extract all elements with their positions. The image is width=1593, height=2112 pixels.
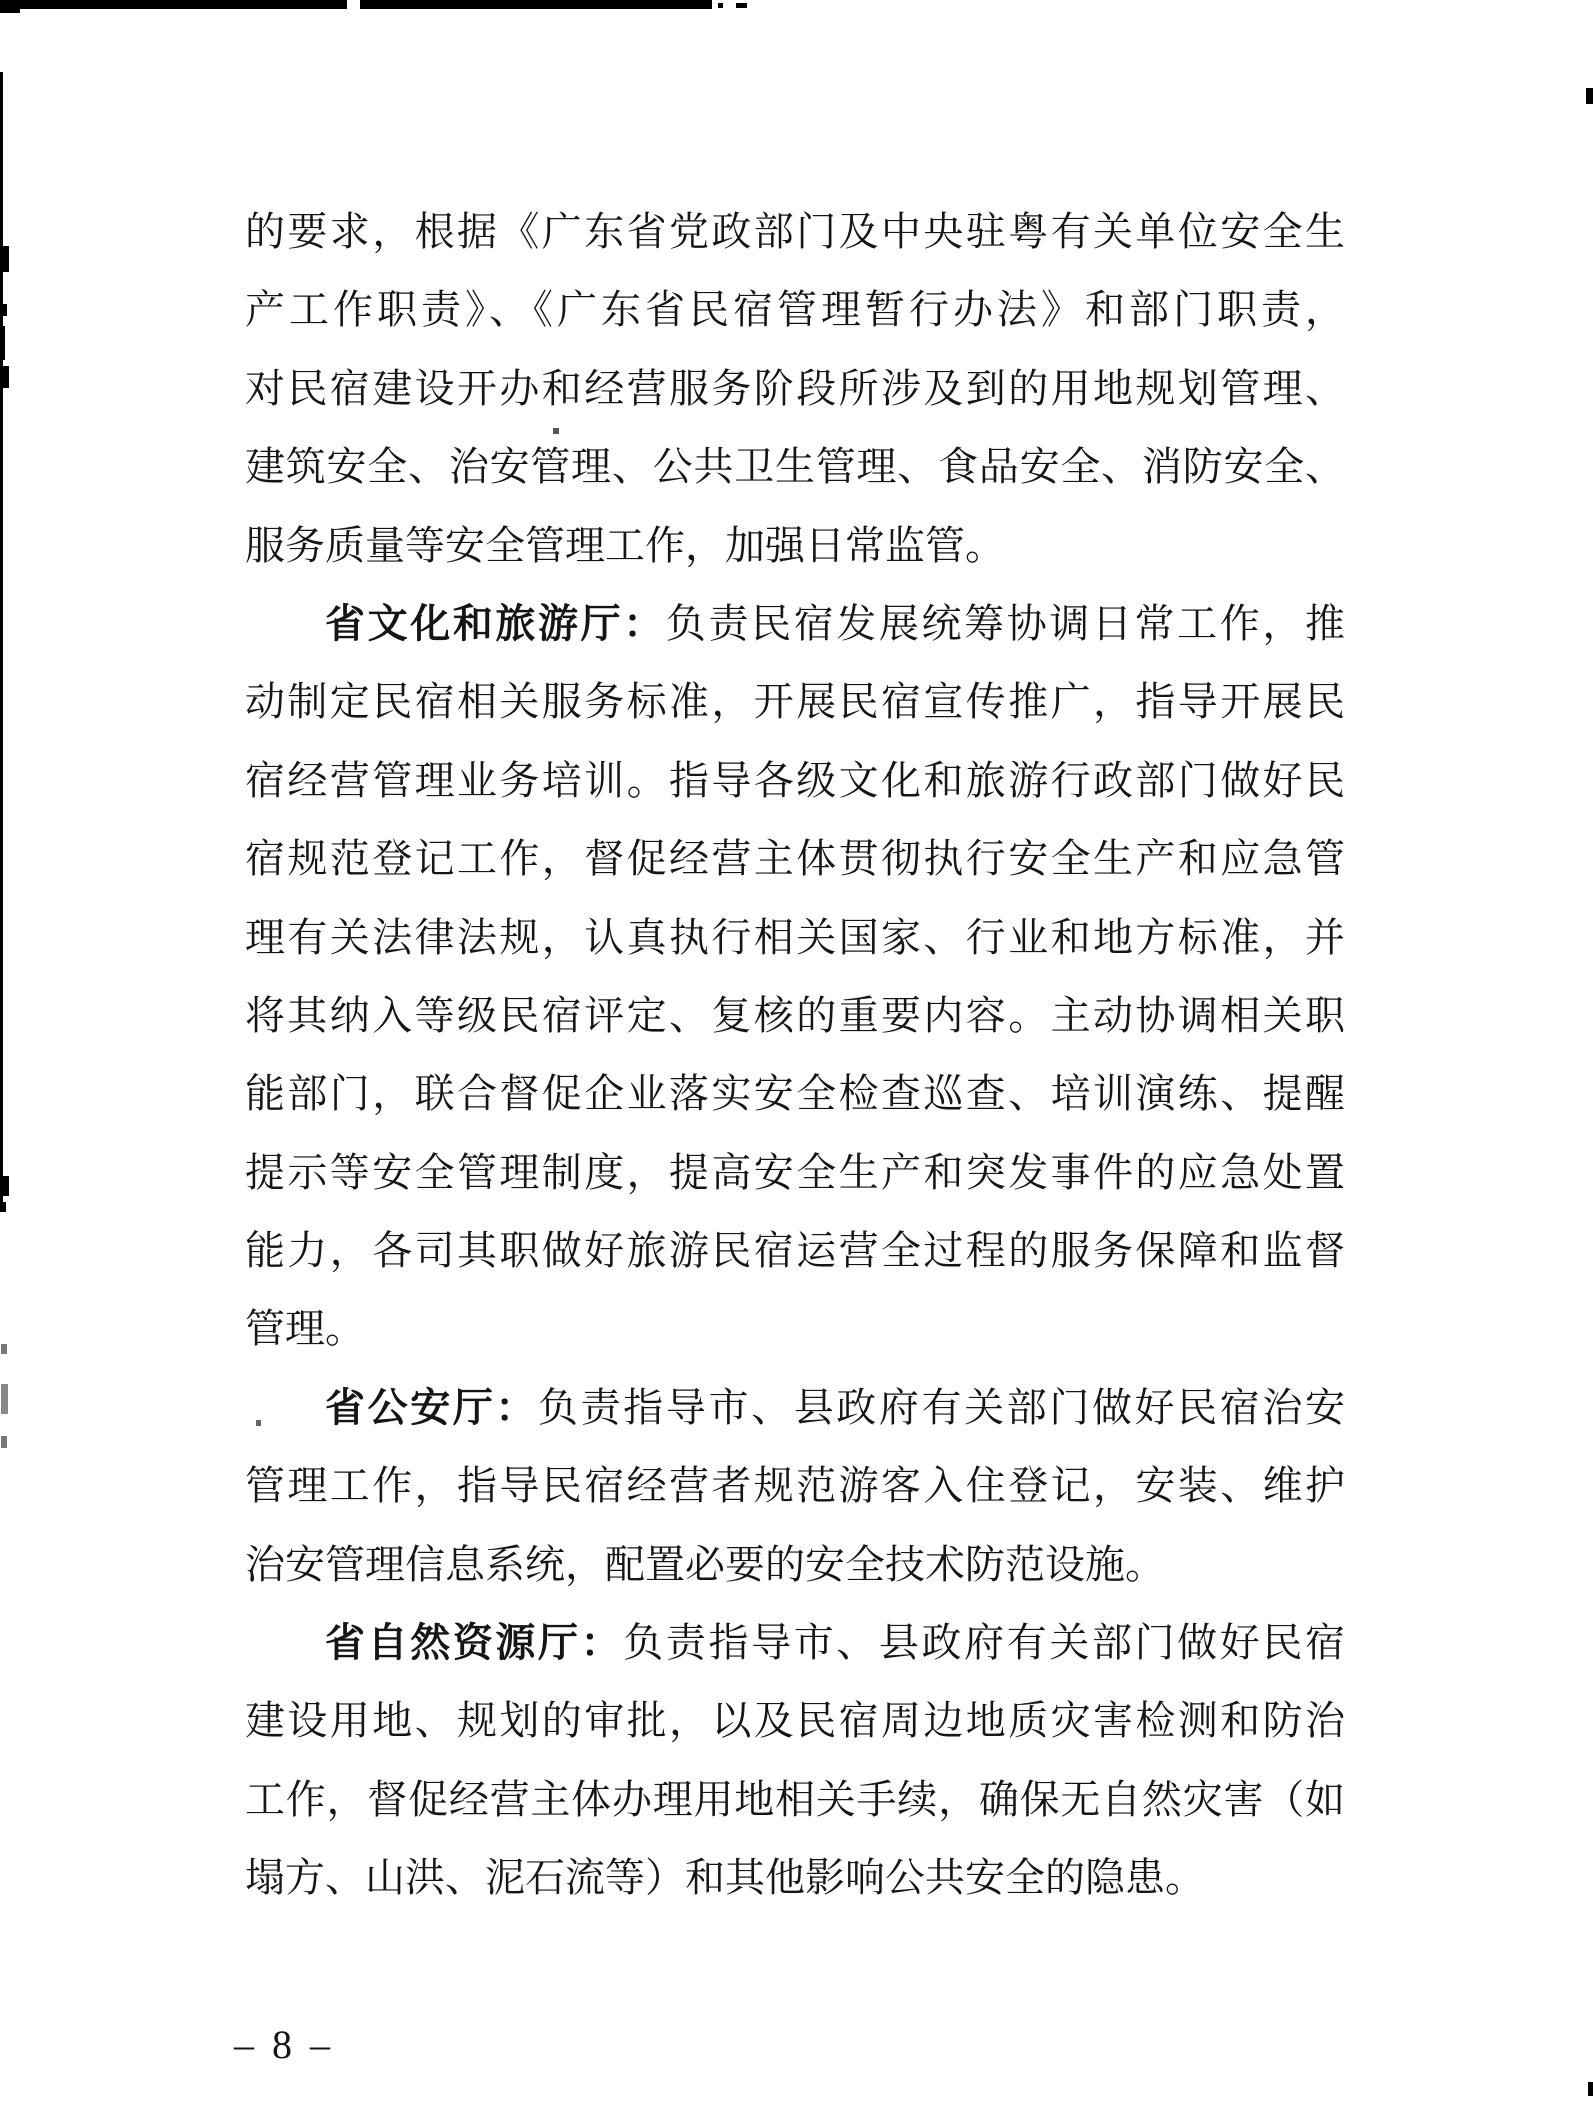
line-text: 塌方、山洪、泥石流等）和其他影响公共安全的隐患。 bbox=[245, 1855, 1205, 1900]
scan-artifact bbox=[256, 1420, 261, 1426]
text-line: 的要求，根据《广东省党政部门及中央驻粤有关单位安全生 bbox=[245, 193, 1345, 271]
text-line: 治安管理信息系统，配置必要的安全技术防范设施。 bbox=[245, 1526, 1345, 1604]
scan-artifact bbox=[0, 246, 9, 272]
text-line: 对民宿建设开办和经营服务阶段所涉及到的用地规划管理、 bbox=[245, 350, 1345, 428]
text-line: 工作，督促经营主体办理用地相关手续，确保无自然灾害（如 bbox=[245, 1761, 1345, 1839]
line-text: 能力，各司其职做好旅游民宿运营全过程的服务保障和监督 bbox=[245, 1228, 1345, 1273]
text-line: 省文化和旅游厅：负责民宿发展统筹协调日常工作，推 bbox=[245, 585, 1345, 663]
line-text: 产工作职责》、《广东省民宿管理暂行办法》和部门职责， bbox=[245, 287, 1345, 332]
text-line: 宿经营管理业务培训。指导各级文化和旅游行政部门做好民 bbox=[245, 742, 1345, 820]
scan-artifact bbox=[1, 1384, 8, 1414]
document-page: 的要求，根据《广东省党政部门及中央驻粤有关单位安全生 产工作职责》、《广东省民宿… bbox=[0, 0, 1593, 2112]
page-number: – 8 – bbox=[234, 2022, 334, 2068]
line-text: 宿规范登记工作，督促经营主体贯彻执行安全生产和应急管 bbox=[245, 836, 1345, 881]
text-line: 能力，各司其职做好旅游民宿运营全过程的服务保障和监督 bbox=[245, 1212, 1345, 1290]
line-text: 能部门，联合督促企业落实安全检查巡查、培训演练、提醒 bbox=[245, 1071, 1345, 1116]
text-line: 省公安厅：负责指导市、县政府有关部门做好民宿治安 bbox=[245, 1369, 1345, 1447]
scan-artifact bbox=[0, 1176, 9, 1196]
scan-artifact bbox=[553, 428, 559, 434]
text-line: 产工作职责》、《广东省民宿管理暂行办法》和部门职责， bbox=[245, 271, 1345, 349]
text-line: 管理工作，指导民宿经营者规范游客入住登记，安装、维护 bbox=[245, 1447, 1345, 1525]
text-line: 塌方、山洪、泥石流等）和其他影响公共安全的隐患。 bbox=[245, 1839, 1345, 1917]
scan-artifact bbox=[1, 1436, 7, 1448]
text-line: 能部门，联合督促企业落实安全检查巡查、培训演练、提醒 bbox=[245, 1055, 1345, 1133]
line-text: 管理工作，指导民宿经营者规范游客入住登记，安装、维护 bbox=[245, 1463, 1345, 1508]
line-text: 提示等安全管理制度，提高安全生产和突发事件的应急处置 bbox=[245, 1150, 1345, 1195]
text-block: 的要求，根据《广东省党政部门及中央驻粤有关单位安全生 产工作职责》、《广东省民宿… bbox=[245, 193, 1345, 1918]
line-text: 管理。 bbox=[245, 1306, 365, 1351]
line-text: 动制定民宿相关服务标准，开展民宿宣传推广，指导开展民 bbox=[245, 679, 1345, 724]
line-text: 建设用地、规划的审批，以及民宿周边地质灾害检测和防治 bbox=[245, 1698, 1345, 1743]
scan-artifact bbox=[1588, 2082, 1593, 2096]
line-text: 建筑安全、治安管理、公共卫生管理、食品安全、消防安全、 bbox=[245, 444, 1345, 489]
scan-artifact bbox=[0, 0, 20, 13]
text-line: 管理。 bbox=[245, 1290, 1345, 1368]
line-text: 负责指导市、县政府有关部门做好民宿 bbox=[623, 1620, 1345, 1665]
text-line: 服务质量等安全管理工作，加强日常监管。 bbox=[245, 507, 1345, 585]
line-text: 负责民宿发展统筹协调日常工作，推 bbox=[666, 601, 1345, 646]
text-line: 建筑安全、治安管理、公共卫生管理、食品安全、消防安全、 bbox=[245, 428, 1345, 506]
line-text: 对民宿建设开办和经营服务阶段所涉及到的用地规划管理、 bbox=[245, 366, 1345, 411]
line-text: 宿经营管理业务培训。指导各级文化和旅游行政部门做好民 bbox=[245, 758, 1345, 803]
scan-artifact bbox=[1586, 88, 1593, 104]
text-line: 将其纳入等级民宿评定、复核的重要内容。主动协调相关职 bbox=[245, 977, 1345, 1055]
line-text: 理有关法律法规，认真执行相关国家、行业和地方标准，并 bbox=[245, 915, 1345, 960]
scan-artifact bbox=[1, 1344, 7, 1354]
line-text: 服务质量等安全管理工作，加强日常监管。 bbox=[245, 523, 1005, 568]
scan-artifact bbox=[0, 366, 9, 388]
section-heading-public-security: 省公安厅： bbox=[325, 1386, 538, 1430]
scan-artifact bbox=[347, 0, 360, 9]
text-line: 提示等安全管理制度，提高安全生产和突发事件的应急处置 bbox=[245, 1134, 1345, 1212]
scan-artifact bbox=[0, 72, 3, 1212]
line-text: 将其纳入等级民宿评定、复核的重要内容。主动协调相关职 bbox=[245, 993, 1345, 1038]
scan-artifact bbox=[0, 1202, 6, 1212]
scan-artifact bbox=[0, 326, 5, 360]
section-heading-natural-resources: 省自然资源厅： bbox=[325, 1621, 623, 1665]
text-line: 省自然资源厅：负责指导市、县政府有关部门做好民宿 bbox=[245, 1604, 1345, 1682]
line-text: 负责指导市、县政府有关部门做好民宿治安 bbox=[538, 1385, 1345, 1430]
text-line: 动制定民宿相关服务标准，开展民宿宣传推广，指导开展民 bbox=[245, 663, 1345, 741]
scan-artifact bbox=[736, 3, 747, 8]
section-heading-culture-tourism: 省文化和旅游厅： bbox=[325, 602, 666, 646]
scan-artifact bbox=[0, 304, 7, 316]
text-line: 理有关法律法规，认真执行相关国家、行业和地方标准，并 bbox=[245, 899, 1345, 977]
text-line: 宿规范登记工作，督促经营主体贯彻执行安全生产和应急管 bbox=[245, 820, 1345, 898]
text-line: 建设用地、规划的审批，以及民宿周边地质灾害检测和防治 bbox=[245, 1682, 1345, 1760]
line-text: 治安管理信息系统，配置必要的安全技术防范设施。 bbox=[245, 1542, 1165, 1587]
line-text: 的要求，根据《广东省党政部门及中央驻粤有关单位安全生 bbox=[245, 209, 1345, 254]
scan-artifact bbox=[718, 3, 723, 8]
line-text: 工作，督促经营主体办理用地相关手续，确保无自然灾害（如 bbox=[245, 1777, 1345, 1822]
